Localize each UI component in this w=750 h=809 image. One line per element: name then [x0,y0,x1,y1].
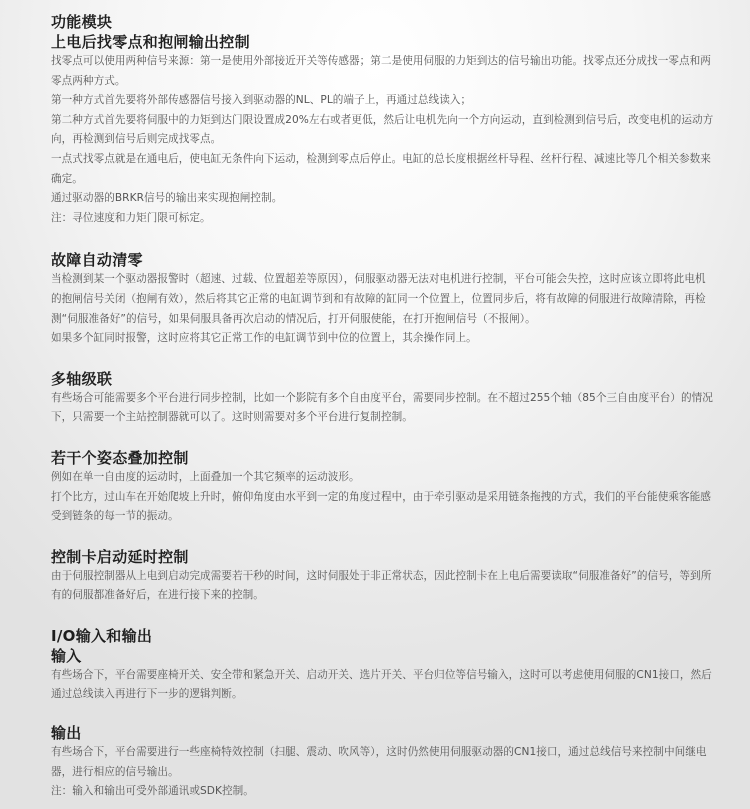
paragraph: 一点式找零点就是在通电后，使电缸无条件向下运动，检测到零点后停止。电缸的总长度根… [51,150,715,189]
subsection-title-input: 输入 [51,646,710,666]
paragraph: 有些场合可能需要多个平台进行同步控制，比如一个影院有多个自由度平台，需要同步控制… [51,389,715,428]
paragraph: 通过驱动器的BRKR信号的输出来实现抱闸控制。 [51,189,715,209]
subsection-title-output: 输出 [51,723,710,743]
paragraph: 如果多个缸同时报警，这时应将其它正常工作的电缸调节到中位的位置上，其余操作同上。 [51,329,715,349]
spacer [51,606,710,626]
note: 注：寻位速度和力矩门限可标定。 [51,209,715,229]
spacer [51,705,710,723]
paragraph: 找零点可以使用两种信号来源：第一是使用外部接近开关等传感器；第二是使用伺服的力矩… [51,52,715,91]
spacer [51,527,710,547]
paragraph: 由于伺服控制器从上电到启动完成需要若干秒的时间，这时伺服处于非正常状态，因此控制… [51,567,715,606]
section-title: 上电后找零点和抱闸输出控制 [51,32,710,52]
paragraph: 第一种方式首先要将外部传感器信号接入到驱动器的NL、PL的端子上，再通过总线读入… [51,91,715,111]
paragraph: 有些场合下，平台需要进行一些座椅特效控制（扫腿、震动、吹风等），这时仍然使用伺服… [51,743,715,782]
section-title: 若干个姿态叠加控制 [51,448,710,468]
spacer [51,428,710,448]
section-multi-axis-cascade: 多轴级联 有些场合可能需要多个平台进行同步控制，比如一个影院有多个自由度平台，需… [51,369,710,428]
section-zero-point-brake: 上电后找零点和抱闸输出控制 找零点可以使用两种信号来源：第一是使用外部接近开关等… [51,32,710,228]
module-title: 功能模块 [51,12,710,32]
paragraph: 有些场合下，平台需要座椅开关、安全带和紧急开关、启动开关、选片开关、平台归位等信… [51,666,715,705]
paragraph: 打个比方，过山车在开始爬坡上升时，俯仰角度由水平到一定的角度过程中，由于牵引驱动… [51,488,715,527]
section-title: 控制卡启动延时控制 [51,547,710,567]
paragraph: 例如在单一自由度的运动时，上面叠加一个其它频率的运动波形。 [51,468,715,488]
paragraph: 当检测到某一个驱动器报警时（超速、过载、位置超差等原因），伺服驱动器无法对电机进… [51,270,715,329]
spacer [51,349,710,369]
note: 注：输入和输出可受外部通讯或SDK控制。 [51,782,715,802]
document-page: 功能模块 上电后找零点和抱闸输出控制 找零点可以使用两种信号来源：第一是使用外部… [0,0,750,802]
section-fault-auto-clear: 故障自动清零 当检测到某一个驱动器报警时（超速、过载、位置超差等原因），伺服驱动… [51,250,710,348]
section-title: 故障自动清零 [51,250,710,270]
section-startup-delay: 控制卡启动延时控制 由于伺服控制器从上电到启动完成需要若干秒的时间，这时伺服处于… [51,547,710,606]
spacer [51,228,710,250]
section-pose-overlay: 若干个姿态叠加控制 例如在单一自由度的运动时，上面叠加一个其它频率的运动波形。 … [51,448,710,527]
section-io: I/O输入和输出 输入 有些场合下，平台需要座椅开关、安全带和紧急开关、启动开关… [51,626,710,802]
section-title: 多轴级联 [51,369,710,389]
section-title: I/O输入和输出 [51,626,710,646]
paragraph: 第二种方式首先要将伺服中的力矩到达门限设置成20%左右或者更低，然后让电机先向一… [51,111,715,150]
